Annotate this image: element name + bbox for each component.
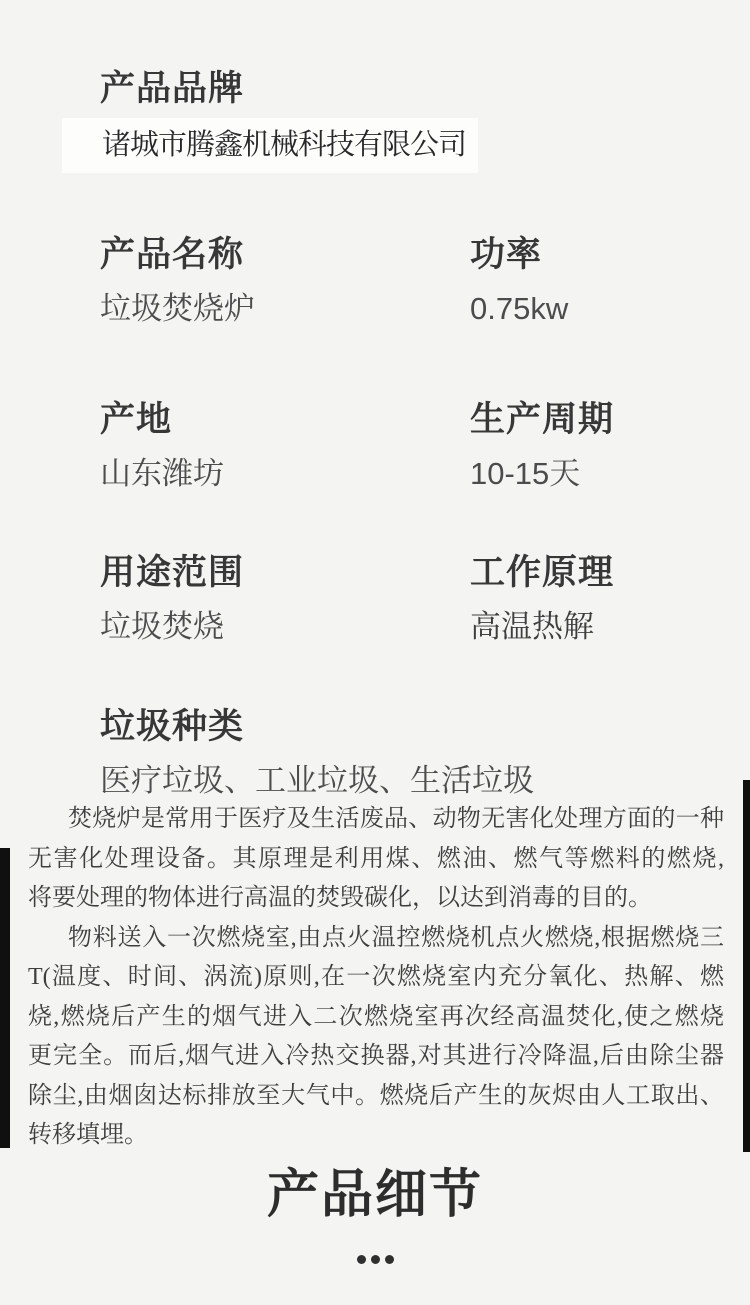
spec-value: 山东潍坊 [100,457,224,491]
product-detail-page: 产品品牌 诸城市腾鑫机械科技有限公司 产品名称 垃圾焚烧炉 功率 0.75kw … [0,0,750,1305]
description-line: 除尘,由烟囱达标排放至大气中。燃烧后产生的灰烬由人工取出、 [28,1077,724,1117]
brand-section-label: 产品品牌 [100,71,244,107]
left-edge-bar [0,848,10,1148]
spec-label: 工作原理 [470,555,614,591]
right-edge-bar [743,780,750,1152]
spec-cell-working-principle: 工作原理 高温热解 [470,555,614,644]
pagination-dots [0,1255,750,1264]
spec-value: 高温热解 [470,610,614,644]
spec-row-usage-principle: 用途范围 垃圾焚烧 工作原理 高温热解 [0,555,750,685]
spec-cell-product-name: 产品名称 垃圾焚烧炉 [100,237,255,326]
dot [385,1255,394,1264]
spec-row-name-power: 产品名称 垃圾焚烧炉 功率 0.75kw [0,237,750,367]
spec-label: 用途范围 [100,555,244,591]
spec-cell-origin: 产地 山东潍坊 [100,402,224,491]
spec-value: 垃圾焚烧 [100,610,244,644]
description-line: 烧,燃烧后产生的烟气进入二次燃烧室再次经高温焚化,使之燃烧 [28,998,724,1038]
description-line: 将要处理的物体进行高温的焚毁碳化，以达到消毒的目的。 [28,879,724,919]
spec-value: 垃圾焚烧炉 [100,292,255,326]
spec-cell-power: 功率 0.75kw [470,237,568,326]
spec-label: 垃圾种类 [100,709,534,745]
spec-value: 医疗垃圾、工业垃圾、生活垃圾 [100,764,534,798]
description-line: 更完全。而后,烟气进入冷热交换器,对其进行冷降温,后由除尘器 [28,1037,724,1077]
product-description: 焚烧炉是常用于医疗及生活废品、动物无害化处理方面的一种 无害化处理设备。其原理是… [28,800,724,1156]
description-line: 无害化处理设备。其原理是利用煤、燃油、燃气等燃料的燃烧, [28,840,724,880]
spec-row-origin-cycle: 产地 山东潍坊 生产周期 10-15天 [0,402,750,532]
spec-value: 10-15天 [470,457,614,491]
spec-value: 0.75kw [470,292,568,326]
description-line: 物料送入一次燃烧室,由点火温控燃烧机点火燃烧,根据燃烧三 [28,919,724,959]
spec-label: 产地 [100,402,224,438]
dot [371,1255,380,1264]
spec-label: 产品名称 [100,237,255,273]
brand-company-name: 诸城市腾鑫机械科技有限公司 [62,118,478,173]
product-details-title: 产品细节 [0,1166,750,1224]
spec-cell-garbage-types: 垃圾种类 医疗垃圾、工业垃圾、生活垃圾 [100,709,534,798]
spec-cell-production-cycle: 生产周期 10-15天 [470,402,614,491]
brand-value-box: 诸城市腾鑫机械科技有限公司 [62,118,478,173]
description-line: T(温度、时间、涡流)原则,在一次燃烧室内充分氧化、热解、燃 [28,958,724,998]
description-line: 转移填埋。 [28,1116,724,1156]
spec-label: 生产周期 [470,402,614,438]
dot [357,1255,366,1264]
description-line: 焚烧炉是常用于医疗及生活废品、动物无害化处理方面的一种 [28,800,724,840]
spec-cell-usage-range: 用途范围 垃圾焚烧 [100,555,244,644]
spec-label: 功率 [470,237,568,273]
